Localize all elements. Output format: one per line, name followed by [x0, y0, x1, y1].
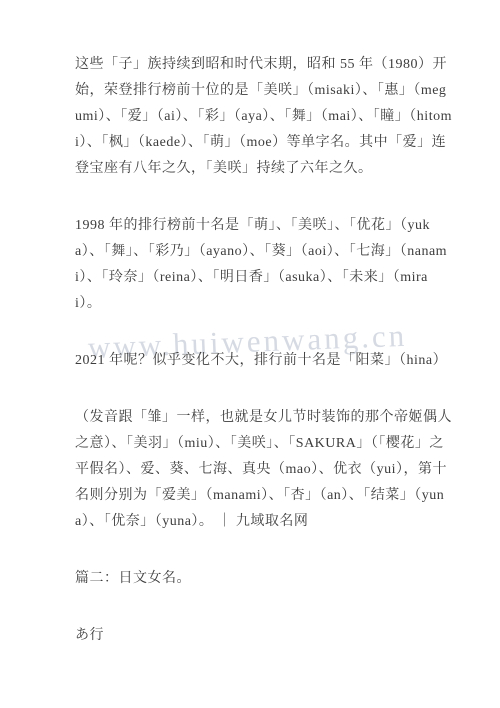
paragraph-2021-names-detail: （发音跟「雏」一样，也就是女儿节时装饰的那个帝姬偶人之意）、「美羽」（miu）、… — [75, 405, 453, 535]
kana-a-row-label: あ行 — [75, 623, 453, 649]
paragraph-2021-ranking: 2021 年呢？似乎变化不大，排行前十名是「阳菜」（hina） — [75, 348, 453, 374]
document-page: www.huiwenwang.cn 这些「子」族持续到昭和时代末期，昭和 55 … — [0, 0, 500, 708]
section2-heading: 篇二：日文女名。 — [75, 566, 453, 592]
paragraph-showa-ranking: 这些「子」族持续到昭和时代末期，昭和 55 年（1980）开始，荣登排行榜前十位… — [75, 52, 453, 182]
document-body: 这些「子」族持续到昭和时代末期，昭和 55 年（1980）开始，荣登排行榜前十位… — [75, 52, 453, 680]
paragraph-1998-ranking: 1998 年的排行榜前十名是「萌」、「美咲」、「优花」（yuka）、「舞」、「彩… — [75, 213, 453, 317]
